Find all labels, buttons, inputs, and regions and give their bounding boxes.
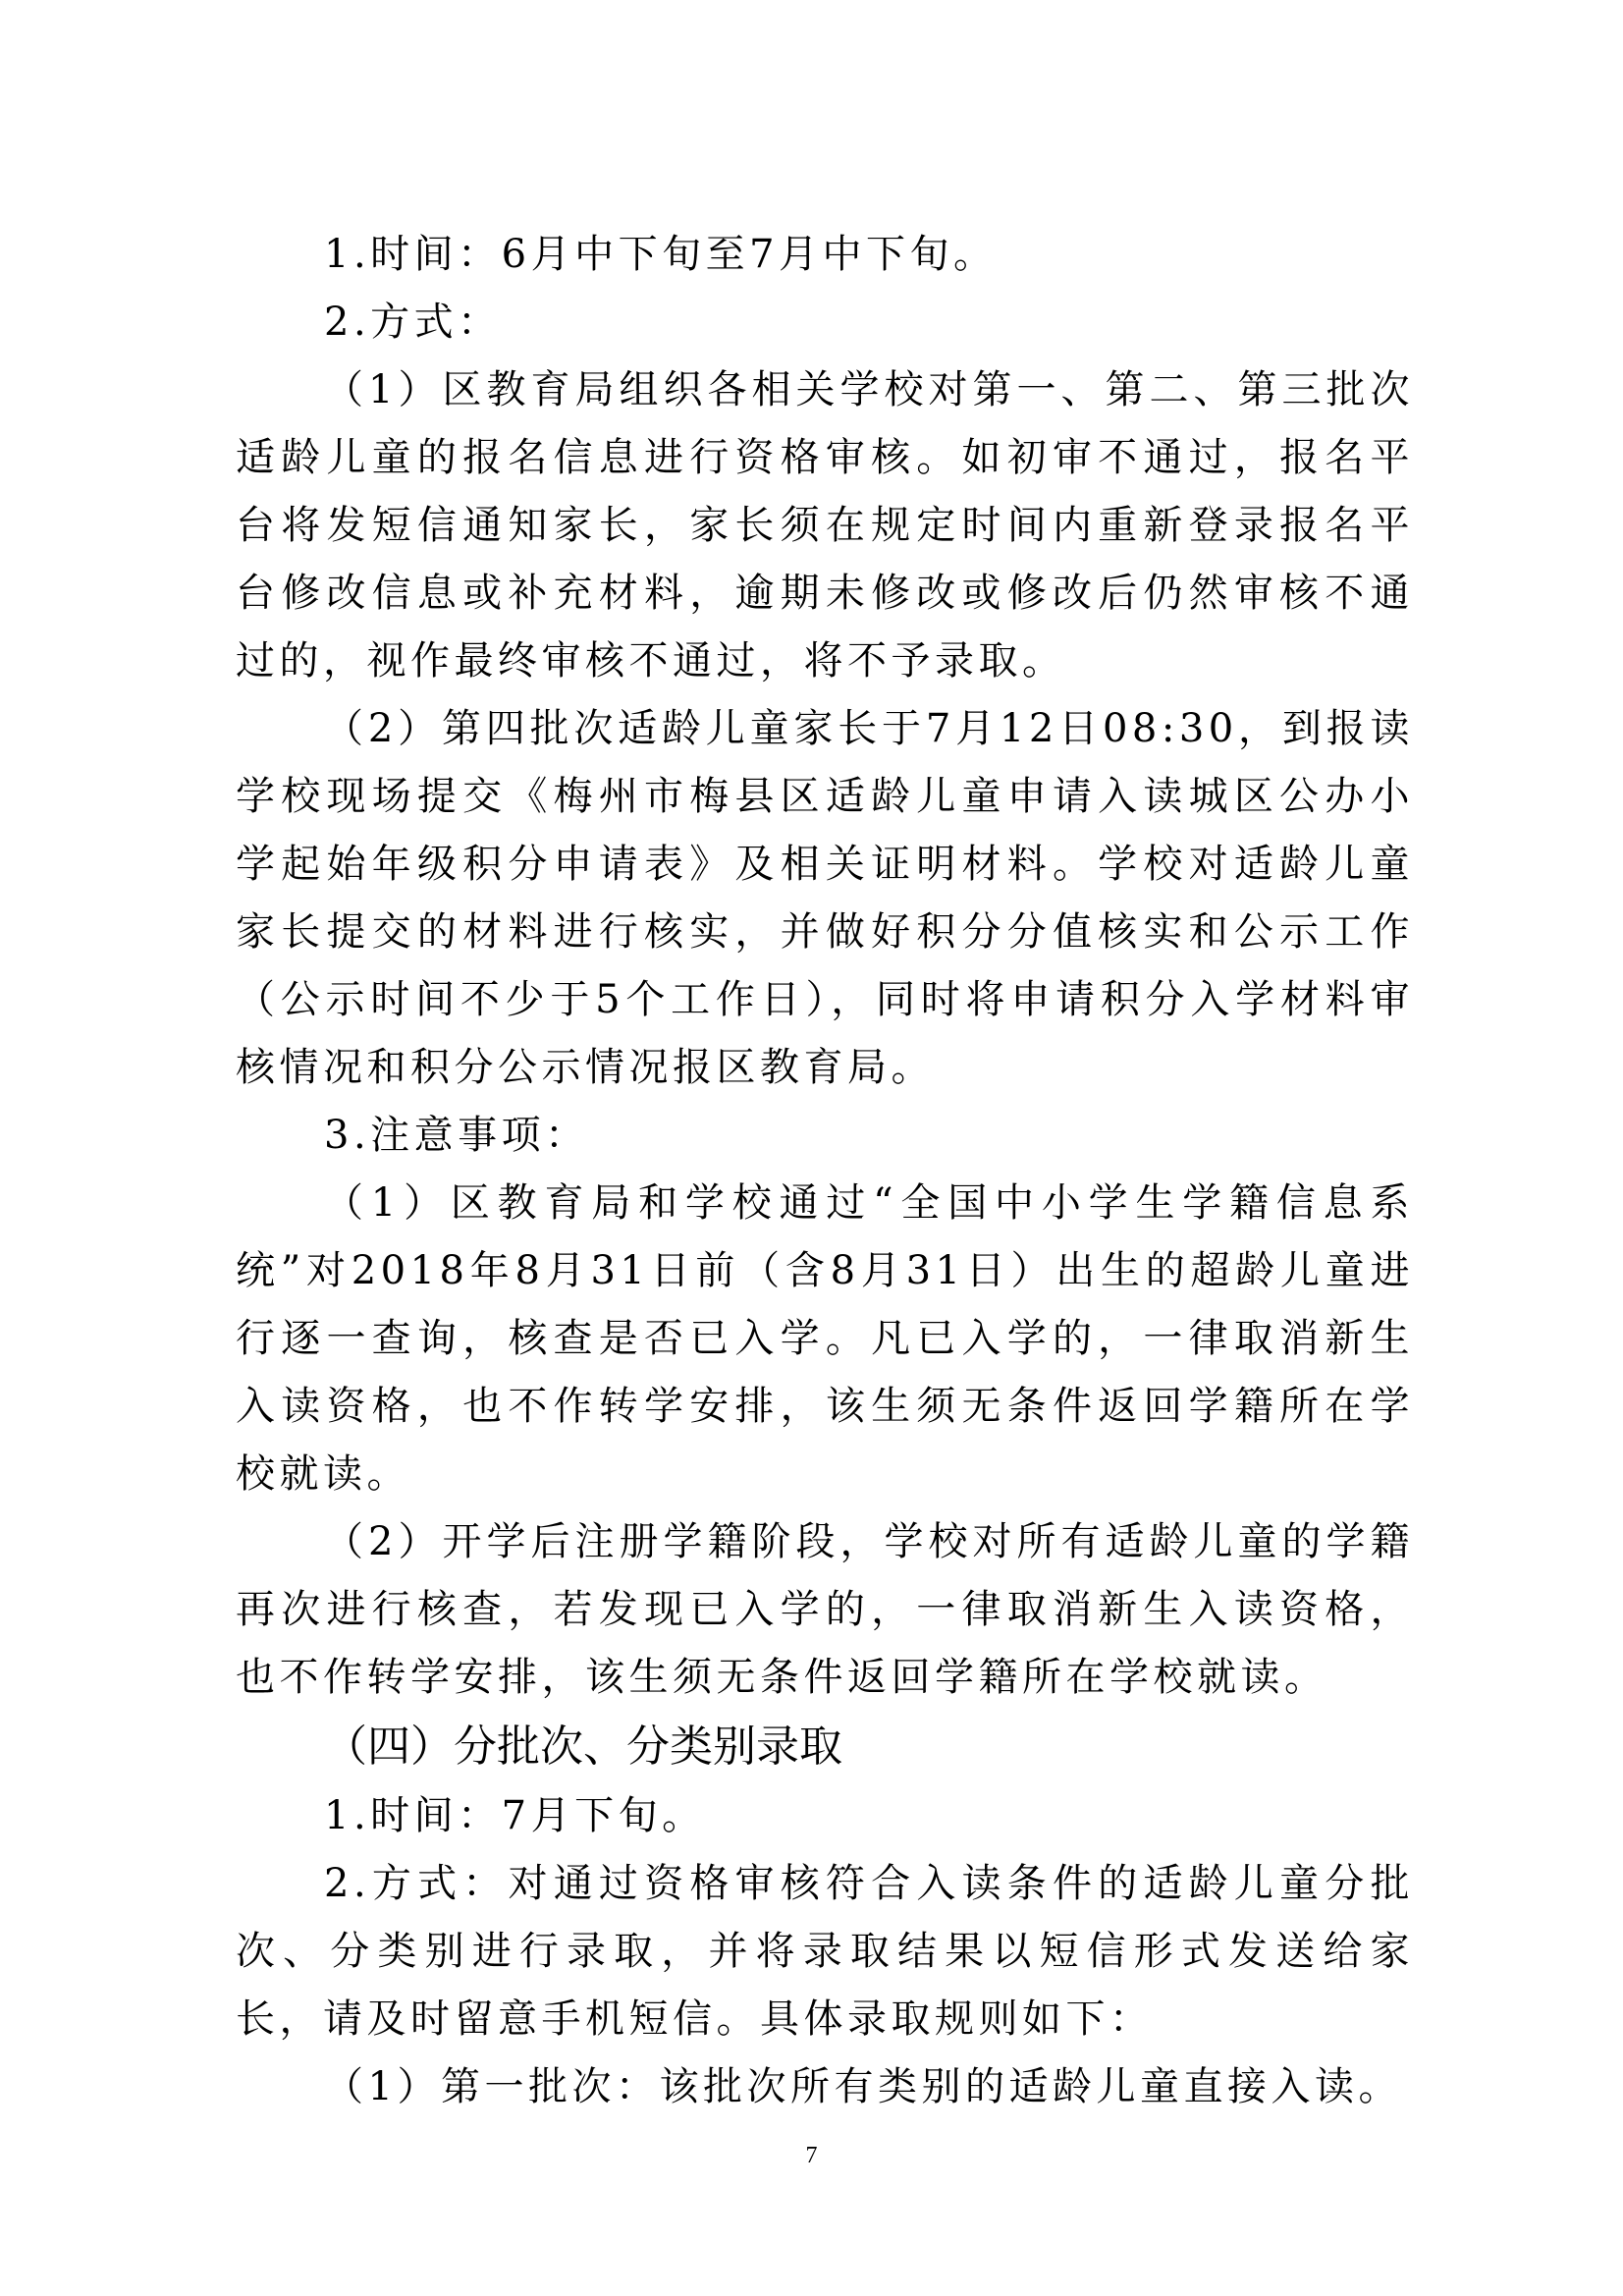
section-heading: （四）分批次、分类别录取 [236,1712,1414,1782]
paragraph-review-1: （1）区教育局组织各相关学校对第一、第二、第三批次适龄儿童的报名信息进行资格审核… [236,356,1414,695]
paragraph-first-batch: （1）第一批次：该批次所有类别的适龄儿童直接入读。 [236,2053,1414,2121]
paragraph-notes-1: （1）区教育局和学校通过“全国中小学生学籍信息系统”对2018年8月31日前（含… [236,1170,1414,1508]
paragraph-method: 2.方式： [236,289,1414,356]
paragraph-admission-method: 2.方式：对通过资格审核符合入读条件的适龄儿童分批次、分类别进行录取，并将录取结… [236,1850,1414,2053]
paragraph-admission-time: 1.时间：7月下旬。 [236,1782,1414,1850]
page-number: 7 [0,2143,1623,2169]
paragraph-notes-2: （2）开学后注册学籍阶段，学校对所有适龄儿童的学籍再次进行核查，若发现已入学的，… [236,1508,1414,1712]
paragraph-review-2: （2）第四批次适龄儿童家长于7月12日08:30，到报读学校现场提交《梅州市梅县… [236,695,1414,1102]
paragraph-time: 1.时间：6月中下旬至7月中下旬。 [236,221,1414,289]
document-page: 1.时间：6月中下旬至7月中下旬。 2.方式： （1）区教育局组织各相关学校对第… [236,221,1414,2121]
paragraph-notes-title: 3.注意事项： [236,1102,1414,1170]
